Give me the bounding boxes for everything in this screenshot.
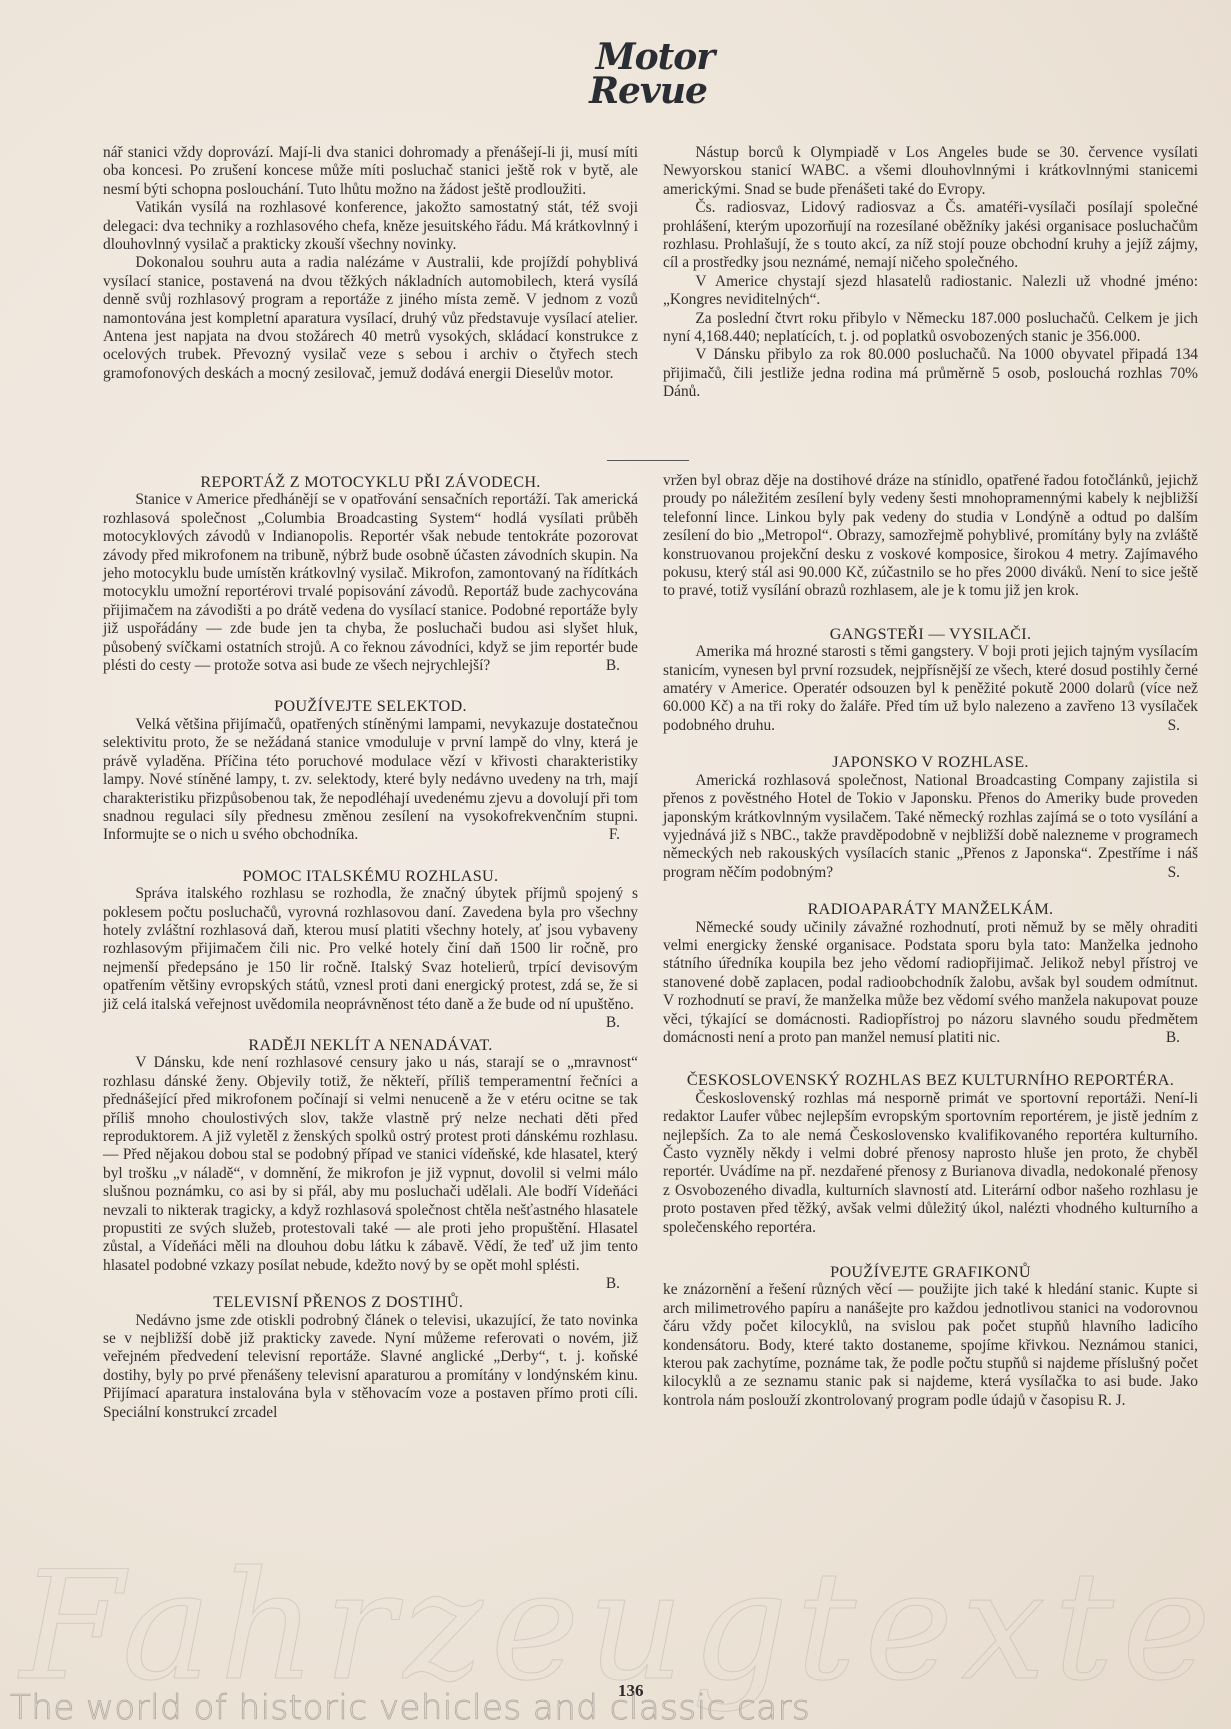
column-divider-rule: [607, 460, 689, 461]
article-japan: JAPONSKO V ROZHLASE. Americká rozhlasová…: [663, 753, 1198, 882]
right-column-top: Nástup borců k Olympiadě v Los Angeles b…: [663, 144, 1198, 402]
masthead-line1: Motor: [580, 40, 730, 74]
article-signature: B.: [574, 1275, 620, 1293]
article-body: V Dánsku, kde není rozhlasové censury ja…: [103, 1054, 638, 1275]
article-title: ČESKOSLOVENSKÝ ROZHLAS BEZ KULTURNÍHO RE…: [663, 1071, 1198, 1089]
masthead-logo: Motor Revue: [580, 40, 730, 108]
article-body: Československý rozhlas má nesporně primá…: [663, 1090, 1198, 1237]
article-motorcycle-report: REPORTÁŽ Z MOTOCYKLU PŘI ZÁVODECH. Stani…: [103, 473, 638, 675]
article-title: REPORTÁŽ Z MOTOCYKLU PŘI ZÁVODECH.: [103, 473, 638, 491]
paragraph: Nástup borců k Olympiadě v Los Angeles b…: [663, 144, 1198, 199]
article-italian-radio: POMOC ITALSKÉMU ROZHLASU. Správa italské…: [103, 867, 638, 1014]
left-column-articles: REPORTÁŽ Z MOTOCYKLU PŘI ZÁVODECH. Stani…: [103, 473, 638, 1422]
article-signature: S.: [1135, 717, 1180, 735]
article-title: POUŽÍVEJTE GRAFIKONŮ: [663, 1263, 1198, 1281]
article-body: Německé soudy učinily závažné rozhodnutí…: [663, 919, 1198, 1048]
article-signature: B.: [1134, 1029, 1180, 1047]
article-signature: B.: [574, 1014, 620, 1032]
article-body: Správa italského rozhlasu se rozhodla, ž…: [103, 885, 638, 1014]
masthead-line2: Revue: [566, 74, 730, 108]
article-signature: B.: [574, 657, 620, 675]
paragraph: V Dánsku přibylo za rok 80.000 posluchač…: [663, 346, 1198, 401]
article-body: Nedávno jsme zde otiskli podrobný článek…: [103, 1312, 638, 1422]
article-radio-wives: RADIOAPARÁTY MANŽELKÁM. Německé soudy uč…: [663, 900, 1198, 1047]
article-body: Velká většina přijímačů, opatřených stín…: [103, 716, 638, 845]
article-title: JAPONSKO V ROZHLASE.: [663, 753, 1198, 771]
article-danish-radio: RADĚJI NEKLÍT A NENADÁVAT. V Dánsku, kde…: [103, 1036, 638, 1275]
article-signature: F.: [576, 826, 620, 844]
paragraph: V Americe chystají sjezd hlasatelů radio…: [663, 273, 1198, 310]
article-title: TELEVISNÍ PŘENOS Z DOSTIHŮ.: [103, 1293, 638, 1311]
article-body: ke znázornění a řešení různých věcí — po…: [663, 1281, 1198, 1410]
right-column-articles: vržen byl obraz děje na dostihové dráze …: [663, 472, 1198, 1410]
paragraph: Za poslední čtvrt roku přibylo v Německu…: [663, 310, 1198, 347]
article-television-derby: TELEVISNÍ PŘENOS Z DOSTIHŮ. Nedávno jsme…: [103, 1293, 638, 1422]
article-selektod: POUŽÍVEJTE SELEKTOD. Velká většina přijí…: [103, 697, 638, 844]
watermark-caption: The world of historic vehicles and class…: [10, 1688, 810, 1728]
paragraph: Vatikán vysílá na rozhlasové konference,…: [103, 199, 638, 254]
article-body: Stanice v Americe předhánějí se v opatřo…: [103, 491, 638, 675]
article-title: RADIOAPARÁTY MANŽELKÁM.: [663, 900, 1198, 918]
article-title: POMOC ITALSKÉMU ROZHLASU.: [103, 867, 638, 885]
left-column-top: nář stanici vždy doprovází. Mají-li dva …: [103, 144, 638, 383]
paragraph: nář stanici vždy doprovází. Mají-li dva …: [103, 144, 638, 199]
article-title: GANGSTEŘI — VYSILAČI.: [663, 625, 1198, 643]
article-gangsters: GANGSTEŘI — VYSILAČI. Amerika má hrozné …: [663, 625, 1198, 735]
article-continuation: vržen byl obraz děje na dostihové dráze …: [663, 472, 1198, 601]
article-cs-radio-reporter: ČESKOSLOVENSKÝ ROZHLAS BEZ KULTURNÍHO RE…: [663, 1071, 1198, 1237]
article-title: RADĚJI NEKLÍT A NENADÁVAT.: [103, 1036, 638, 1054]
article-body: Americká rozhlasová společnost, National…: [663, 772, 1198, 882]
paragraph: Dokonalou souhru auta a radia nalézáme v…: [103, 254, 638, 383]
article-signature: S.: [1135, 864, 1180, 882]
paragraph: Čs. radiosvaz, Lidový radiosvaz a Čs. am…: [663, 199, 1198, 273]
article-graphs: POUŽÍVEJTE GRAFIKONŮ ke znázornění a řeš…: [663, 1263, 1198, 1410]
article-title: POUŽÍVEJTE SELEKTOD.: [103, 697, 638, 715]
article-body: Amerika má hrozné starosti s těmi gangst…: [663, 643, 1198, 735]
